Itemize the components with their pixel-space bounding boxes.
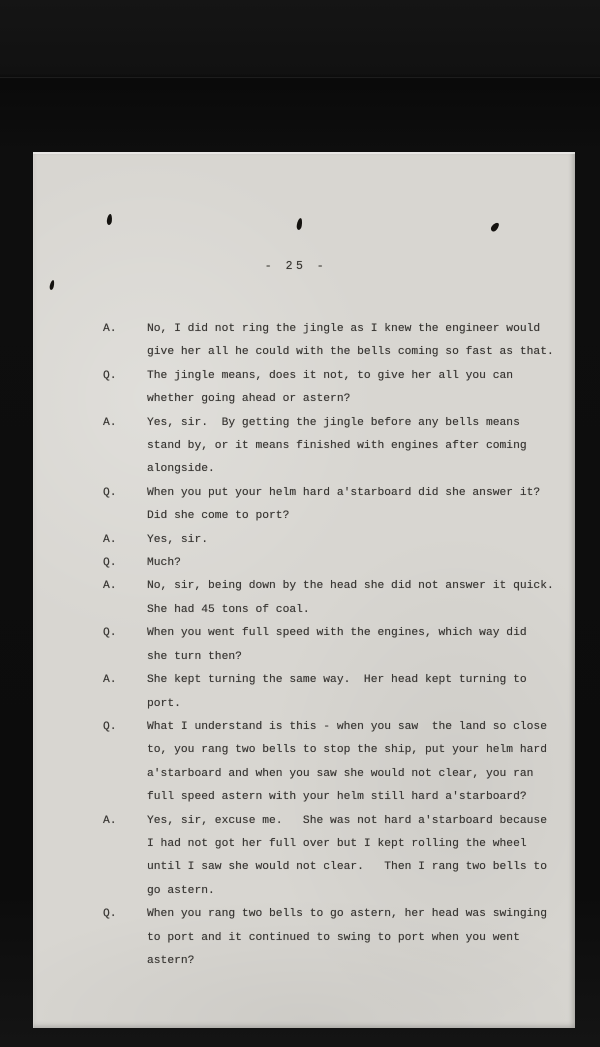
transcript-line: stand by, or it means finished with engi… xyxy=(147,435,575,458)
transcript-entry: A. Yes, sir. By getting the jingle befor… xyxy=(33,412,575,482)
transcript-line: alongside. xyxy=(147,458,575,481)
transcript-entry: A. No, sir, being down by the head she d… xyxy=(33,575,575,622)
transcript-entry: Q. Much? xyxy=(33,552,575,575)
transcript-line: What I understand is this - when you saw… xyxy=(147,716,575,739)
transcript-line: No, I did not ring the jingle as I knew … xyxy=(147,318,575,341)
entry-lines: When you rang two bells to go astern, he… xyxy=(147,903,575,973)
transcript-line: she turn then? xyxy=(147,646,575,669)
speaker-label: Q. xyxy=(103,903,117,926)
transcript-line: She had 45 tons of coal. xyxy=(147,599,575,622)
speaker-label: A. xyxy=(103,669,117,692)
transcript-line: When you rang two bells to go astern, he… xyxy=(147,903,575,926)
transcript-line: port. xyxy=(147,693,575,716)
speaker-label: Q. xyxy=(103,716,117,739)
speaker-label: Q. xyxy=(103,622,117,645)
transcript-line: When you went full speed with the engine… xyxy=(147,622,575,645)
entry-lines: She kept turning the same way. Her head … xyxy=(147,669,575,716)
transcript-line: She kept turning the same way. Her head … xyxy=(147,669,575,692)
transcript: A. No, I did not ring the jingle as I kn… xyxy=(33,318,575,973)
entry-lines: What I understand is this - when you saw… xyxy=(147,716,575,810)
scanner-background: - 25 - A. No, I did not ring the jingle … xyxy=(0,0,600,1047)
entry-lines: When you put your helm hard a'starboard … xyxy=(147,482,575,529)
transcript-line: Yes, sir, excuse me. She was not hard a'… xyxy=(147,810,575,833)
document-page: - 25 - A. No, I did not ring the jingle … xyxy=(33,152,575,1028)
entry-lines: The jingle means, does it not, to give h… xyxy=(147,365,575,412)
transcript-line: Yes, sir. xyxy=(147,529,575,552)
transcript-entry: Q. When you rang two bells to go astern,… xyxy=(33,903,575,973)
ink-blot-mark xyxy=(106,214,112,225)
transcript-line: a'starboard and when you saw she would n… xyxy=(147,763,575,786)
transcript-line: No, sir, being down by the head she did … xyxy=(147,575,575,598)
transcript-line: astern? xyxy=(147,950,575,973)
transcript-line: give her all he could with the bells com… xyxy=(147,341,575,364)
transcript-entry: Q. The jingle means, does it not, to giv… xyxy=(33,365,575,412)
speaker-label: A. xyxy=(103,318,117,341)
entry-lines: Yes, sir. By getting the jingle before a… xyxy=(147,412,575,482)
margin-ink-mark xyxy=(49,280,55,291)
transcript-entry: A. She kept turning the same way. Her he… xyxy=(33,669,575,716)
ink-blot-mark xyxy=(296,218,303,231)
transcript-line: Yes, sir. By getting the jingle before a… xyxy=(147,412,575,435)
transcript-line: go astern. xyxy=(147,880,575,903)
transcript-line: When you put your helm hard a'starboard … xyxy=(147,482,575,505)
transcript-entry: Q. What I understand is this - when you … xyxy=(33,716,575,810)
entry-lines: No, I did not ring the jingle as I knew … xyxy=(147,318,575,365)
transcript-line: whether going ahead or astern? xyxy=(147,388,575,411)
speaker-label: Q. xyxy=(103,552,117,575)
speaker-label: Q. xyxy=(103,365,117,388)
entry-lines: Yes, sir, excuse me. She was not hard a'… xyxy=(147,810,575,904)
transcript-entry: A. Yes, sir, excuse me. She was not hard… xyxy=(33,810,575,904)
transcript-entry: A. No, I did not ring the jingle as I kn… xyxy=(33,318,575,365)
ink-blot-mark xyxy=(490,221,501,233)
transcript-line: to, you rang two bells to stop the ship,… xyxy=(147,739,575,762)
transcript-entry: Q. When you put your helm hard a'starboa… xyxy=(33,482,575,529)
transcript-entry: Q. When you went full speed with the eng… xyxy=(33,622,575,669)
transcript-line: I had not got her full over but I kept r… xyxy=(147,833,575,856)
transcript-line: The jingle means, does it not, to give h… xyxy=(147,365,575,388)
scan-artifact-line xyxy=(0,77,600,78)
entry-lines: No, sir, being down by the head she did … xyxy=(147,575,575,622)
speaker-label: A. xyxy=(103,575,117,598)
speaker-label: A. xyxy=(103,412,117,435)
entry-lines: When you went full speed with the engine… xyxy=(147,622,575,669)
speaker-label: Q. xyxy=(103,482,117,505)
entry-lines: Much? xyxy=(147,552,575,575)
transcript-line: Did she come to port? xyxy=(147,505,575,528)
transcript-line: full speed astern with your helm still h… xyxy=(147,786,575,809)
transcript-line: until I saw she would not clear. Then I … xyxy=(147,856,575,879)
speaker-label: A. xyxy=(103,810,117,833)
entry-lines: Yes, sir. xyxy=(147,529,575,552)
transcript-line: Much? xyxy=(147,552,575,575)
page-number: - 25 - xyxy=(265,260,327,273)
transcript-entry: A. Yes, sir. xyxy=(33,529,575,552)
speaker-label: A. xyxy=(103,529,117,552)
transcript-line: to port and it continued to swing to por… xyxy=(147,927,575,950)
